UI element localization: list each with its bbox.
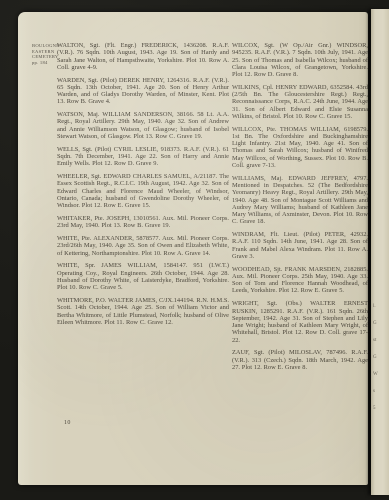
text-fragment: G [373,355,378,360]
register-entry: ZAUF, Sgt. (Pilot) MILOSLAV, 787496. R.A… [232,349,368,371]
register-entry: WOODHEAD, Sjt. FRANK MARSDEN, 2182885. A… [232,266,368,295]
register-entry: WILLCOX, Pte. THOMAS WILLIAM, 6198579. 1… [232,126,368,170]
adjacent-page-edge: l.GstGWs5 [371,9,389,495]
register-entry: WELLS, Sgt. (Pilot) CYRIL LESLIE, 918373… [57,146,229,168]
text-fragment: 5 [373,406,378,411]
text-fragment: l. [373,304,378,309]
register-entry: WHITMORE, P.O. WALTER JAMES, C/JX.144194… [57,297,229,326]
register-entry: WATSON, Maj. WILLIAM SANDERSON, 38166. 5… [57,111,229,140]
register-entry: WHEELER, Sgt. EDWARD CHARLES SAMUEL, A/2… [57,173,229,209]
register-entry: WILKINS, Cpl. HENRY EDWARD, 6352584. 43r… [232,84,368,120]
left-column: WALTON, Sgt. (Flt. Engr.) FREDERICK, 143… [57,42,229,332]
register-entry: WINDRAM, Flt. Lieut. (Pilot) PETER, 4293… [232,231,368,260]
register-entry: WILCOX, Sgt. (W Op./Air Gnr.) WINDSOR, 9… [232,42,368,78]
text-fragment: W [373,372,378,377]
register-entry: WARDEN, Sgt. (Pilot) DEREK HENRY, 126431… [57,77,229,106]
text-fragment: G [373,321,378,326]
register-page: BOULOGNEEASTERNCEMETERYpp. 184 WALTON, S… [18,12,368,485]
text-fragment: s [373,389,378,394]
register-entry: WHITE, Spr. JAMES WILLIAM, 1584147. 951 … [57,262,229,291]
register-entry: WHITAKER, Pte. JOSEPH, 13010561. Aux. Mi… [57,215,229,230]
adjacent-page-text-fragments: l.GstGWs5 [373,304,378,411]
text-fragment: st [373,338,378,343]
register-entry: WHITE, Pte. ALEXANDER, 5878577. Aux. Mil… [57,235,229,257]
photo-background: BOULOGNEEASTERNCEMETERYpp. 184 WALTON, S… [0,0,389,500]
register-entry: WALTON, Sgt. (Flt. Engr.) FREDERICK, 143… [57,42,229,71]
margin-note-line: BOULOGNE [32,43,58,49]
cemetery-margin-note: BOULOGNEEASTERNCEMETERYpp. 184 [32,43,58,66]
register-entry: WRIGHT, Sgt. (Obs.) WALTER ERNEST RUSKIN… [232,300,368,344]
right-column: WILCOX, Sgt. (W Op./Air Gnr.) WINDSOR, 9… [232,42,368,377]
page-number: 10 [64,420,71,426]
margin-note-line: pp. 184 [32,60,58,66]
register-entry: WILLIAMS, Maj. EDWARD JEFFREY, 4797. Men… [232,175,368,226]
